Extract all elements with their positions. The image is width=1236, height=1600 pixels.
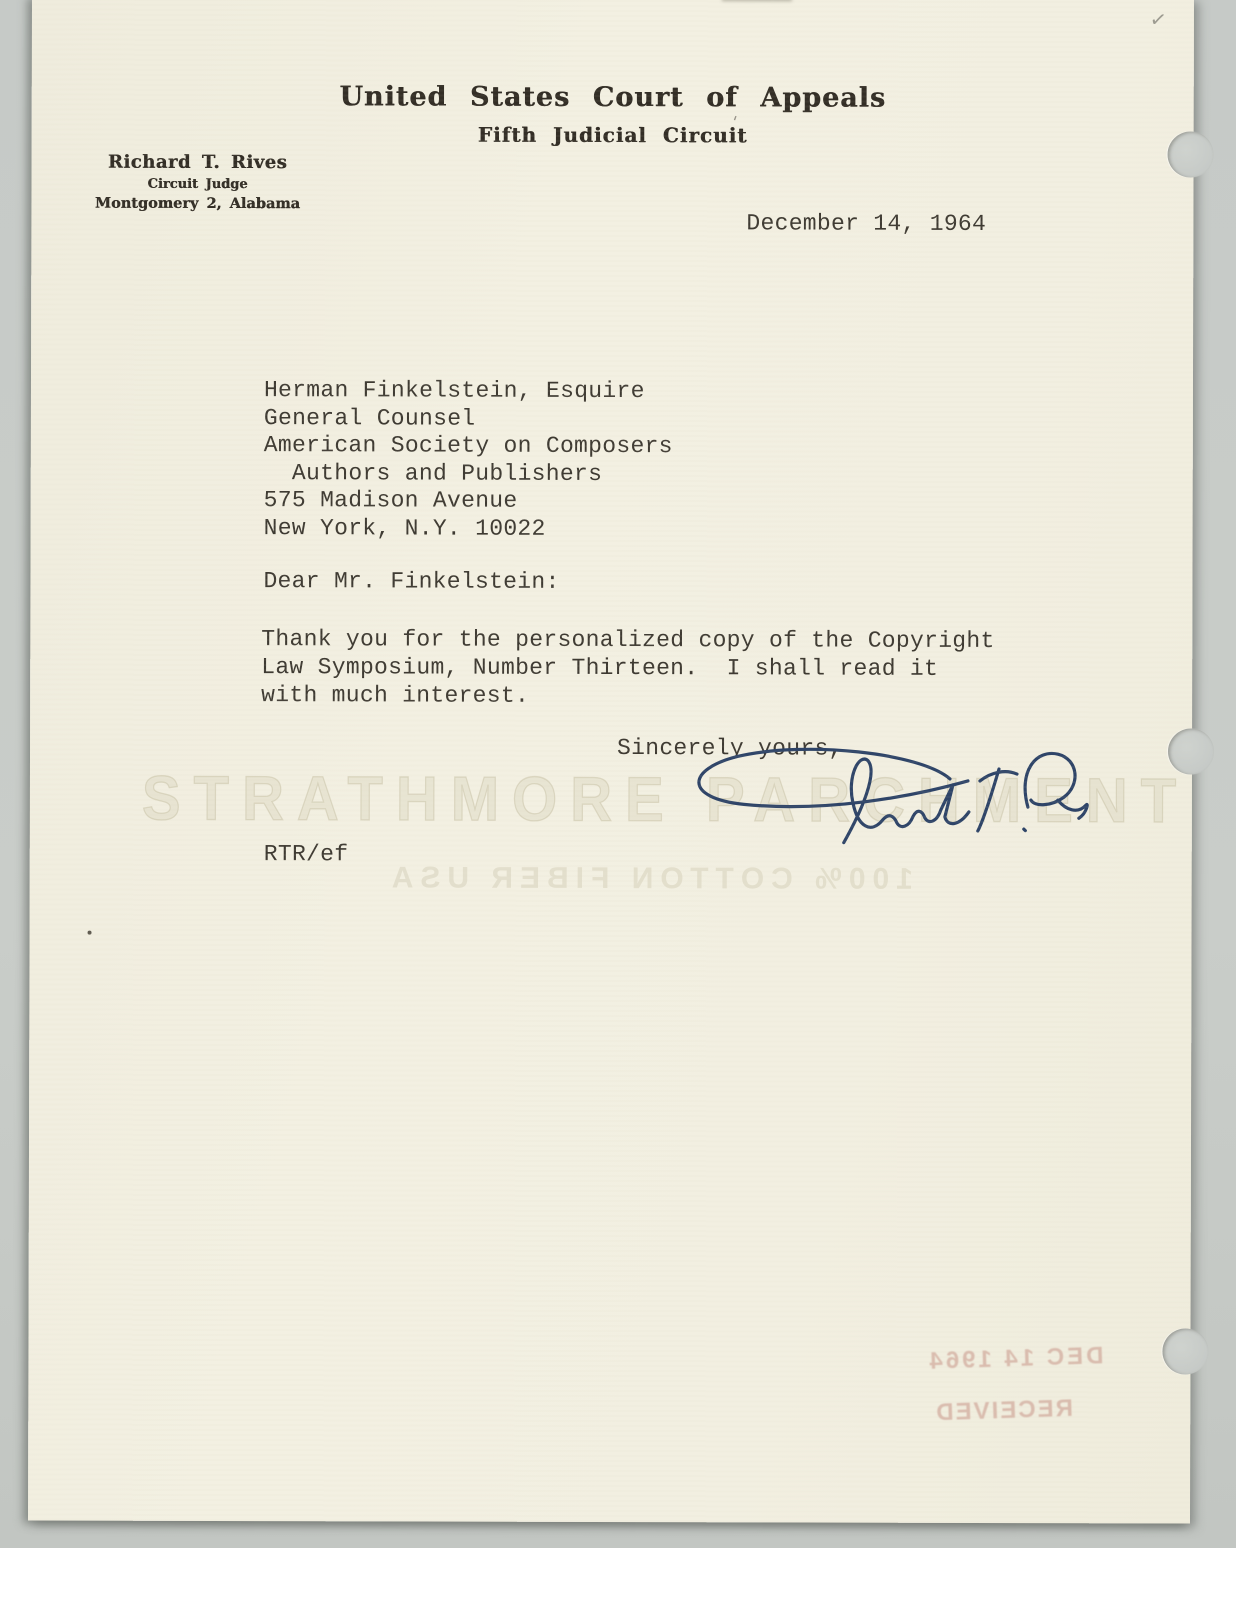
recipient-line: Authors and Publishers (264, 460, 673, 489)
recipient-line: Herman Finkelstein, Esquire (264, 377, 673, 406)
recipient-line: 575 Madison Avenue (264, 487, 673, 516)
letterhead-court-name: United States Court of Appeals (32, 80, 1194, 114)
scan-edge-smudge (722, 0, 792, 1)
letterhead-circuit: Fifth Judicial Circuit (32, 121, 1194, 148)
punch-hole (1168, 131, 1214, 177)
salutation: Dear Mr. Finkelstein: (263, 568, 559, 595)
typist-initials: RTR/ef (264, 841, 349, 867)
recipient-address-block: Herman Finkelstein, Esquire General Coun… (264, 377, 673, 543)
letter-paper: STRATHMORE PARCHMENT 100% COTTON FIBER U… (28, 0, 1194, 1524)
letter-date: December 14, 1964 (746, 210, 986, 237)
letter-body: Thank you for the personalized copy of t… (261, 625, 995, 711)
received-stamp-showthrough: RECEIVED (934, 1395, 1074, 1427)
recipient-line: American Society on Composers (264, 432, 673, 461)
paper-watermark-fiber: 100% COTTON FIBER USA (385, 861, 913, 896)
scanned-letter-page: STRATHMORE PARCHMENT 100% COTTON FIBER U… (0, 0, 1236, 1600)
letterhead-judge-block: Richard T. Rives Circuit Judge Montgomer… (91, 151, 303, 215)
judge-location: Montgomery 2, Alabama (91, 194, 303, 215)
date-stamp-showthrough: DEC 14 1964 (926, 1342, 1104, 1376)
ink-speck (88, 931, 92, 935)
body-line: with much interest. (261, 681, 994, 711)
punch-hole (1168, 728, 1214, 774)
judge-title: Circuit Judge (91, 175, 303, 195)
body-line: Law Symposium, Number Thirteen. I shall … (261, 653, 994, 683)
recipient-line: General Counsel (264, 405, 673, 434)
judge-name: Richard T. Rives (92, 151, 304, 176)
punch-hole (1162, 1328, 1208, 1374)
recipient-line: New York, N.Y. 10022 (264, 515, 673, 544)
pencil-check-mark: ✓ (1148, 6, 1168, 32)
handwritten-signature (628, 742, 1090, 861)
body-line: Thank you for the personalized copy of t… (261, 625, 994, 655)
